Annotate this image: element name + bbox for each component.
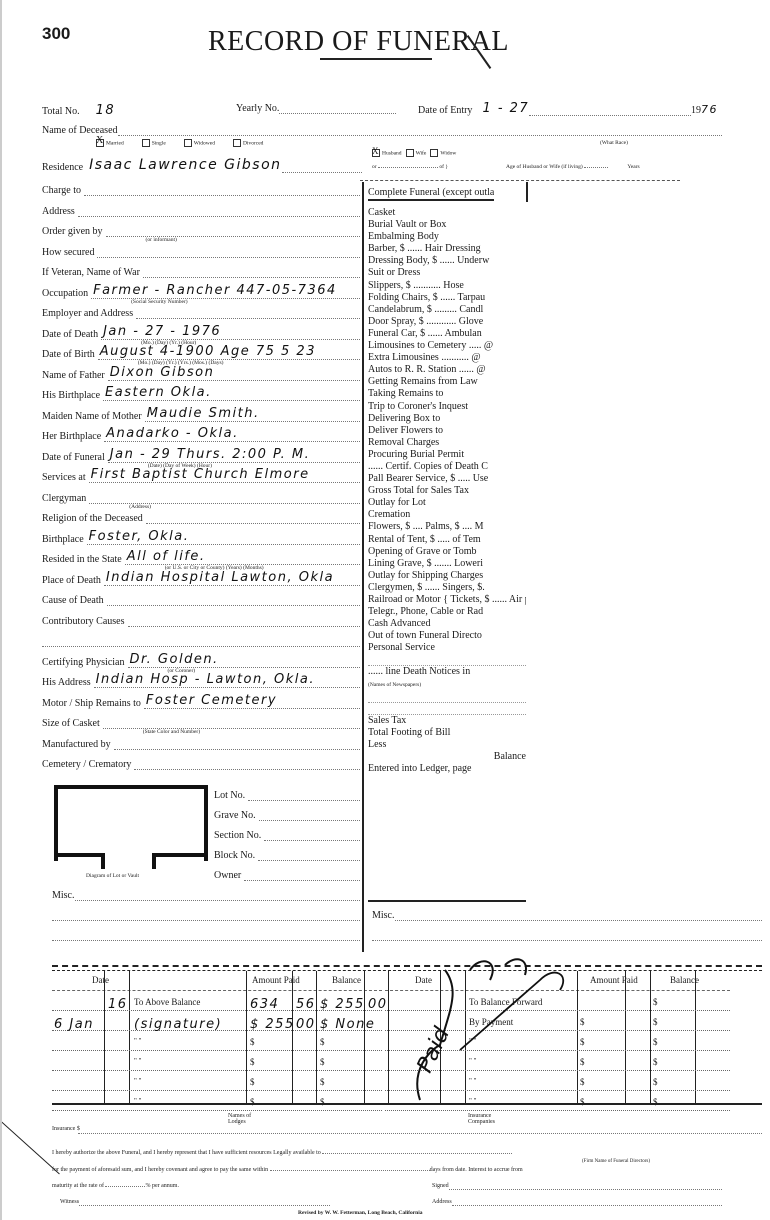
field-religion-of-the-deceased[interactable]: Religion of the Deceased [42,508,360,524]
field-value-line: (State Color and Number) [103,717,360,729]
ledger-row[interactable]: " "$$ [52,1037,382,1051]
field-cause-of-death[interactable]: Cause of Death [42,590,360,606]
field-value: Eastern Okla. [105,385,212,400]
title-underline [320,58,432,60]
field-value-line: Foster, Okla. [87,533,360,545]
lot-field[interactable]: Lot No. [214,785,360,801]
field-label: Employer and Address [42,308,133,319]
firm-note: (Firm Name of Funeral Directors) [582,1159,650,1164]
ledger-amount: $ [250,1057,255,1067]
field-resided-in-the-state[interactable]: Resided in the StateAll of life.(or U.S.… [42,549,360,565]
charge-item[interactable]: Clergymen, $ ...... Singers, $. [368,582,526,594]
field-date-of-birth[interactable]: Date of BirthAugust 4-1900 Age 75 5 23(M… [42,344,360,360]
misc-left-label: Misc. [52,890,75,901]
field-label: Religion of the Deceased [42,513,143,524]
lot-field-label: Block No. [214,850,255,861]
field-services-at[interactable]: Services atFirst Baptist Church Elmore [42,467,360,483]
ledger-amount: $ [250,1097,255,1107]
field-value: Dr. Golden. [130,652,219,667]
charge-item[interactable]: Pall Bearer Service, $ ..... Use [368,473,526,485]
charge-item[interactable]: Procuring Burial Permit [368,449,526,461]
signed-label: Signed [432,1183,449,1190]
field-value: Farmer - Rancher 447-05-7364 [93,283,337,298]
lot-field[interactable]: Grave No. [214,805,360,821]
field-motor-ship-remains-to[interactable]: Motor / Ship Remains toFoster Cemetery [42,693,360,709]
charge-item[interactable]: Railroad or Motor { Tickets, $ ...... Ai… [368,594,526,606]
ledger-balance: $ [653,1057,658,1067]
status-married[interactable]: XMarried [96,139,124,147]
field-value-line: Anadarko - Okla. [104,430,360,442]
charges-header: Complete Funeral (except outla [368,187,494,201]
lodges-label: Names of Lodges [228,1113,258,1125]
charge-item[interactable]: Funeral Car, $ ...... Ambulan [368,328,526,340]
charge-item[interactable]: Opening of Grave or Tomb [368,546,526,558]
field-value-line [114,738,360,750]
charge-item[interactable]: ...... line Death Notices in [368,666,526,678]
field-label: Charge to [42,185,81,196]
field-value-line [134,758,360,770]
field-value: Jan - 29 Thurs. 2:00 P. M. [110,447,310,462]
address-label: Address [432,1199,452,1206]
field-label: Occupation [42,288,88,299]
lot-field[interactable]: Section No. [214,825,360,841]
yearly-no-label: Yearly No. [236,103,279,114]
charge-item[interactable]: Getting Remains from Law [368,376,526,388]
charge-item[interactable] [368,703,526,715]
field-value-line [42,635,360,647]
field-label: Services at [42,472,86,483]
charge-item[interactable]: Autos to R. R. Station ...... @ [368,364,526,376]
field-value-line [84,184,360,196]
charge-item[interactable]: Dressing Body, $ ...... Underw [368,255,526,267]
ledger-balance: $ [320,1097,325,1107]
ledger-balance: $ [653,1097,658,1107]
field-label: Certifying Physician [42,657,125,668]
ledger-balance: $ None [320,1017,375,1032]
field-value-line: Dixon Gibson [108,369,360,381]
field-label: Her Birthplace [42,431,101,442]
total-no-value: 18 [96,103,116,118]
insurance-label: Insurance $ [52,1126,80,1132]
charge-item[interactable]: ...... Certif. Copies of Death C [368,461,526,473]
spouse-widow[interactable]: Widow [430,149,456,157]
total-no-field[interactable]: Total No. 18 [42,101,202,115]
ledger-desc: " " [134,1077,141,1085]
field-value-line: Foster Cemetery [144,697,360,709]
marital-status-group: XMarried Single Widowed Divorced [96,139,263,147]
signed-field[interactable]: Signed [432,1183,722,1190]
field-how-secured[interactable]: How secured [42,242,360,258]
charge-item[interactable]: Taking Remains to [368,388,526,400]
field-his-address[interactable]: His AddressIndian Hosp - Lawton, Okla. [42,672,360,688]
field-label: Cause of Death [42,595,104,606]
field-value-line [97,246,360,258]
field-value-line [146,512,360,524]
charges-border [362,182,364,952]
companies-label: Insurance Companies [468,1113,508,1125]
charge-item[interactable]: Casket [368,207,526,219]
ledger-balance: $ [320,1077,325,1087]
field-label: Contributory Causes [42,616,125,627]
ledger-date: 6 Jan [54,1017,94,1032]
field-blank[interactable] [42,631,360,647]
ledger-balance: $ [320,1057,325,1067]
page-number: 300 [42,24,70,44]
field-value-line: Indian Hosp - Lawton, Okla. [94,676,360,688]
field-value: August 4-1900 Age 75 5 23 [100,344,316,359]
year-value: 76 [701,103,718,116]
spouse-group: XHusband Wife Widow [372,149,456,157]
ledger-row[interactable]: " "$$ [52,1057,382,1071]
ledger-balance: $ 255 [320,997,365,1012]
field-size-of-casket[interactable]: Size of Casket(State Color and Number) [42,713,360,729]
field-value-line: All of life.(or U.S. or City or County) … [125,553,360,565]
yearly-no-field[interactable]: Yearly No. [236,103,396,114]
charge-item[interactable]: Limousines to Cemetery ..... @ [368,340,526,352]
charge-item[interactable]: Deliver Flowers to [368,425,526,437]
field-value-line: Dr. Golden.(or Coroner) [128,656,361,668]
ledger-amount: 634 [250,997,279,1012]
misc-right-label: Misc. [372,910,395,921]
field-certifying-physician[interactable]: Certifying PhysicianDr. Golden.(or Coron… [42,652,360,668]
charge-item[interactable]: Outlay for Lot [368,497,526,509]
field-label: His Birthplace [42,390,100,401]
corner-fold-line [0,1120,60,1174]
lot-field[interactable]: Block No. [214,845,360,861]
insurance-row: Insurance $ Names of Lodges Insurance Co… [52,1113,762,1143]
ledger-balance: $ [320,1037,325,1047]
date-entry-field[interactable]: Date of Entry 1 - 27 19 76 [418,101,718,116]
charge-item[interactable]: Total Footing of Bill [368,727,526,739]
field-value-line [107,594,360,606]
maturity-text: maturity at the rate of % per annum. [52,1183,179,1189]
charge-item[interactable]: Suit or Dress [368,267,526,279]
authorize-text: I hereby authorize the above Funeral, an… [52,1150,512,1156]
field-value-line: (Address) [89,492,360,504]
field-value-line: Indian Hospital Lawton, Okla [104,574,360,586]
status-single[interactable]: Single [142,139,166,147]
field-label: Date of Birth [42,349,95,360]
date-entry-label: Date of Entry [418,105,472,116]
charge-item[interactable]: Rental of Tent, $ ..... of Tem [368,534,526,546]
field-label: Address [42,206,75,217]
lot-field-label: Grave No. [214,810,256,821]
charge-item[interactable] [368,654,526,666]
field-value: All of life. [127,549,206,564]
charge-item[interactable] [368,691,526,703]
field-contributory-causes[interactable]: Contributory Causes [42,611,360,627]
field-label: If Veteran, Name of War [42,267,140,278]
field-label: Date of Funeral [42,452,105,463]
field-value-line: August 4-1900 Age 75 5 23(Mo.) (Day) (Yr… [98,348,360,360]
paid-signature-scrawl: Paid [400,950,600,1110]
charge-item[interactable]: Cash Advanced [368,618,526,630]
field-cemetery-crematory[interactable]: Cemetery / Crematory [42,754,360,770]
charge-item[interactable]: Telegr., Phone, Cable or Rad [368,606,526,618]
field-maiden-name-of-mother[interactable]: Maiden Name of MotherMaudie Smith. [42,406,360,422]
charge-item[interactable]: Balance [368,751,526,763]
field-manufactured-by[interactable]: Manufactured by [42,734,360,750]
what-race-label: (What Race) [600,140,628,146]
ledger-header-rule [52,990,382,991]
charge-item[interactable]: Embalming Body [368,231,526,243]
charge-item[interactable]: Entered into Ledger, page [368,763,526,775]
total-no-label: Total No. [42,106,80,117]
field-value-line: First Baptist Church Elmore [89,471,360,483]
field-value: Indian Hosp - Lawton, Okla. [96,672,315,687]
field-label: Order given by [42,226,103,237]
status-widowed[interactable]: Widowed [184,139,215,147]
field-label: Motor / Ship Remains to [42,698,141,709]
lot-diagram [54,785,208,861]
charge-item[interactable]: Lining Grave, $ ....... Loweri [368,558,526,570]
charge-item[interactable]: Out of town Funeral Directo [368,630,526,642]
ledger-row[interactable]: 16To Above Balance63456$ 25500 [52,997,382,1011]
ledger-row[interactable]: " "$$ [52,1077,382,1091]
date-entry-value: 1 - 27 [482,101,529,116]
lot-field-label: Lot No. [214,790,245,801]
charge-item[interactable]: (Names of Newspapers) [368,679,526,691]
field-birthplace[interactable]: BirthplaceFoster, Okla. [42,529,360,545]
charge-item[interactable]: Removal Charges [368,437,526,449]
field-order-given-by[interactable]: Order given by(or informant) [42,221,360,237]
ledger-amount: $ [250,1077,255,1087]
field-his-birthplace[interactable]: His BirthplaceEastern Okla. [42,385,360,401]
ledger-desc: " " [134,1057,141,1065]
residence-value: Isaac Lawrence Gibson [89,157,281,173]
svg-text:Paid: Paid [413,1023,456,1077]
misc-right-field[interactable]: Misc. [372,910,762,921]
ledger-desc: " " [134,1037,141,1045]
charge-item[interactable]: Sales Tax [368,715,526,727]
footer-credit: Revised by W. W. Fetterman, Long Beach, … [298,1210,423,1216]
ledger-header: Balance [332,975,361,985]
field-label: Maiden Name of Mother [42,411,142,422]
field-value: Dixon Gibson [110,365,215,380]
field-value-line: Eastern Okla. [103,389,360,401]
field-employer-and-address[interactable]: Employer and Address [42,303,360,319]
ledger-cents: 56 [296,997,316,1012]
field-label: Date of Death [42,329,98,340]
charge-item[interactable]: Personal Service [368,642,526,654]
charge-item[interactable]: Candelabrum, $ ......... Candl [368,304,526,316]
charge-item[interactable]: Flowers, $ .... Palms, $ .... M [368,521,526,533]
ledger-cents: 00 [296,1017,316,1032]
field-label: Name of Father [42,370,105,381]
field-value-line: Farmer - Rancher 447-05-7364(Social Secu… [91,287,360,299]
field-label: How secured [42,247,94,258]
charge-item[interactable]: Door Spray, $ ............ Glove [368,316,526,328]
field-value: Maudie Smith. [147,406,260,421]
field-charge-to[interactable]: Charge to [42,180,360,196]
name-of-deceased-label: Name of Deceased [42,125,118,136]
charge-item[interactable]: Barber, $ ...... Hair Dressing [368,243,526,255]
name-of-deceased-field[interactable]: Name of Deceased [42,125,722,136]
age-spouse-label: Age of Husband or Wife (if living) Years [506,164,640,170]
field-value: Jan - 27 - 1976 [103,324,221,339]
field-her-birthplace[interactable]: Her BirthplaceAnadarko - Okla. [42,426,360,442]
charge-item[interactable]: Less [368,739,526,751]
lot-field-label: Section No. [214,830,261,841]
ledger-balance: $ [653,1077,658,1087]
charge-item[interactable]: Burial Vault or Box [368,219,526,231]
charge-item[interactable]: Delivering Box to [368,413,526,425]
payment-text: for the payment of aforesaid sum, and I … [52,1167,523,1173]
field-value-line [136,307,360,319]
spouse-husband[interactable]: XHusband [372,149,402,157]
field-date-of-funeral[interactable]: Date of FuneralJan - 29 Thurs. 2:00 P. M… [42,447,360,463]
witness-label: Witness [60,1199,79,1206]
field-address[interactable]: Address [42,201,360,217]
field-value-line [128,615,361,627]
charge-item[interactable]: Extra Limousines ........... @ [368,352,526,364]
field-occupation[interactable]: OccupationFarmer - Rancher 447-05-7364(S… [42,283,360,299]
field-label: Clergyman [42,493,86,504]
ledger-header: Date [92,975,109,985]
charge-item[interactable]: Slippers, $ ........... Hose [368,280,526,292]
field-value: Foster, Okla. [89,529,190,544]
charge-item[interactable]: Cremation [368,509,526,521]
field-value: Indian Hospital Lawton, Okla [106,570,334,585]
field-value: First Baptist Church Elmore [91,467,310,482]
field-label: Size of Casket [42,718,100,729]
lot-field[interactable]: Owner [214,865,360,881]
diagram-caption: Diagram of Lot or Vault [86,873,139,879]
field-name-of-father[interactable]: Name of FatherDixon Gibson [42,365,360,381]
charge-item[interactable]: Gross Total for Sales Tax [368,485,526,497]
residence-label: Residence [42,162,83,173]
ledger-amount: $ [250,1037,255,1047]
field-place-of-death[interactable]: Place of DeathIndian Hospital Lawton, Ok… [42,570,360,586]
charge-item[interactable]: Outlay for Shipping Charges [368,570,526,582]
ledger-balance: $ [653,1037,658,1047]
status-divorced[interactable]: Divorced [233,139,263,147]
witness-field[interactable]: Witness [60,1199,330,1206]
field-value-line: Jan - 27 - 1976(Mo.) (Day) (Yr.) (Hour) [101,328,360,340]
ledger-row[interactable]: 6 Jan(signature)$ 25500$ None [52,1017,382,1031]
lot-field-label: Owner [214,870,241,881]
spouse-wife[interactable]: Wife [406,149,427,157]
field-date-of-death[interactable]: Date of DeathJan - 27 - 1976(Mo.) (Day) … [42,324,360,340]
field-value-line [143,266,360,278]
field-label: Cemetery / Crematory [42,759,131,770]
or-label: or of } [372,164,448,170]
field-value: Anadarko - Okla. [106,426,239,441]
ledger-day: 16 [108,997,128,1012]
field-value-line [78,205,360,217]
field-label: Birthplace [42,534,84,545]
field-value-line: Jan - 29 Thurs. 2:00 P. M.(Date) (Day of… [108,451,360,463]
ledger-amount: $ 255 [250,1017,295,1032]
charge-item[interactable]: Trip to Coroner's Inquest [368,401,526,413]
residence-field[interactable]: Residence Isaac Lawrence Gibson [42,157,362,173]
charge-item[interactable]: Folding Chairs, $ ...... Tarpau [368,292,526,304]
field-value-line: Maudie Smith. [145,410,360,422]
form-title: RECORD OF FUNERAL [208,26,509,58]
ledger-balance: $ [653,997,658,1007]
field-value-line: (or informant) [106,225,360,237]
field-value: Foster Cemetery [146,693,277,708]
misc-left-field[interactable]: Misc. [52,890,360,901]
field-label: Manufactured by [42,739,111,750]
ledger-desc: To Above Balance [134,997,200,1007]
address-field[interactable]: Address [432,1199,722,1206]
field-if-veteran-name-of-war[interactable]: If Veteran, Name of War [42,262,360,278]
ledger-balance: $ [653,1017,658,1027]
field-label: Resided in the State [42,554,122,565]
charges-list: CasketBurial Vault or BoxEmbalming BodyB… [368,207,526,775]
field-label: Place of Death [42,575,101,586]
year-prefix: 19 [691,105,701,116]
ledger-desc: (signature) [134,1017,222,1032]
field-clergyman[interactable]: Clergyman(Address) [42,488,360,504]
field-label: His Address [42,677,91,688]
